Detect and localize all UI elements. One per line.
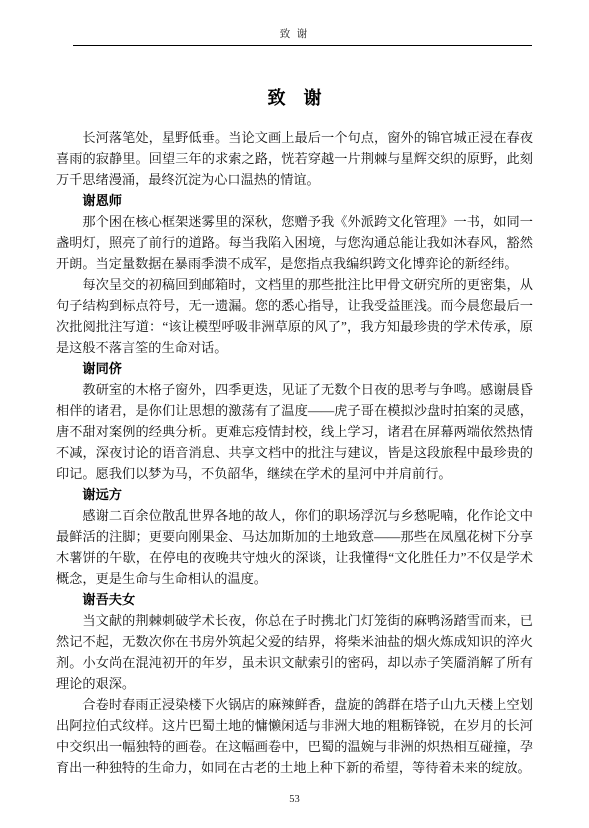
header-rule bbox=[73, 45, 532, 46]
section-heading-peers: 谢同侪 bbox=[56, 358, 533, 379]
paragraph-mentor-1: 那个困在核心框架迷雾里的深秋，您赠予我《外派跨文化管理》一书，如同一盏明灯，照亮… bbox=[56, 211, 533, 274]
paragraph-closing: 合卷时春雨正浸染楼下火锅店的麻辣鲜香，盘旋的鸽群在塔子山九天楼上空划出阿拉伯式纹… bbox=[56, 694, 533, 778]
paragraph-peers: 教研室的木格子窗外，四季更迭，见证了无数个日夜的思考与争鸣。感谢晨昏相伴的诸君，… bbox=[56, 379, 533, 484]
paragraph-faraway-friends: 感谢二百余位散乱世界各地的故人，你们的职场浮沉与乡愁呢喃，化作论文中最鲜活的注脚… bbox=[56, 505, 533, 589]
section-heading-family: 谢吾夫女 bbox=[56, 589, 533, 610]
document-page: 致 谢 致 谢 长河落笔处，星野低垂。当论文画上最后一个句点，窗外的锦官城正浸在… bbox=[0, 0, 589, 828]
paragraph-opening: 长河落笔处，星野低垂。当论文画上最后一个句点，窗外的锦官城正浸在春夜喜雨的寂静里… bbox=[56, 127, 533, 190]
section-heading-faraway-friends: 谢远方 bbox=[56, 484, 533, 505]
page-title: 致 谢 bbox=[56, 86, 533, 110]
paragraph-family: 当文献的荆棘刺破学术长夜，你总在子时携北门灯笼街的麻鸭汤踏雪而来，已然记不起，无… bbox=[56, 610, 533, 694]
running-header: 致 谢 bbox=[0, 26, 589, 41]
page-number: 53 bbox=[0, 794, 589, 805]
section-heading-mentor: 谢恩师 bbox=[56, 190, 533, 211]
page-content: 致 谢 长河落笔处，星野低垂。当论文画上最后一个句点，窗外的锦官城正浸在春夜喜雨… bbox=[56, 86, 533, 778]
paragraph-mentor-2: 每次呈交的初稿回到邮箱时，文档里的那些批注比甲骨文研究所的更密集，从句子结构到标… bbox=[56, 274, 533, 358]
